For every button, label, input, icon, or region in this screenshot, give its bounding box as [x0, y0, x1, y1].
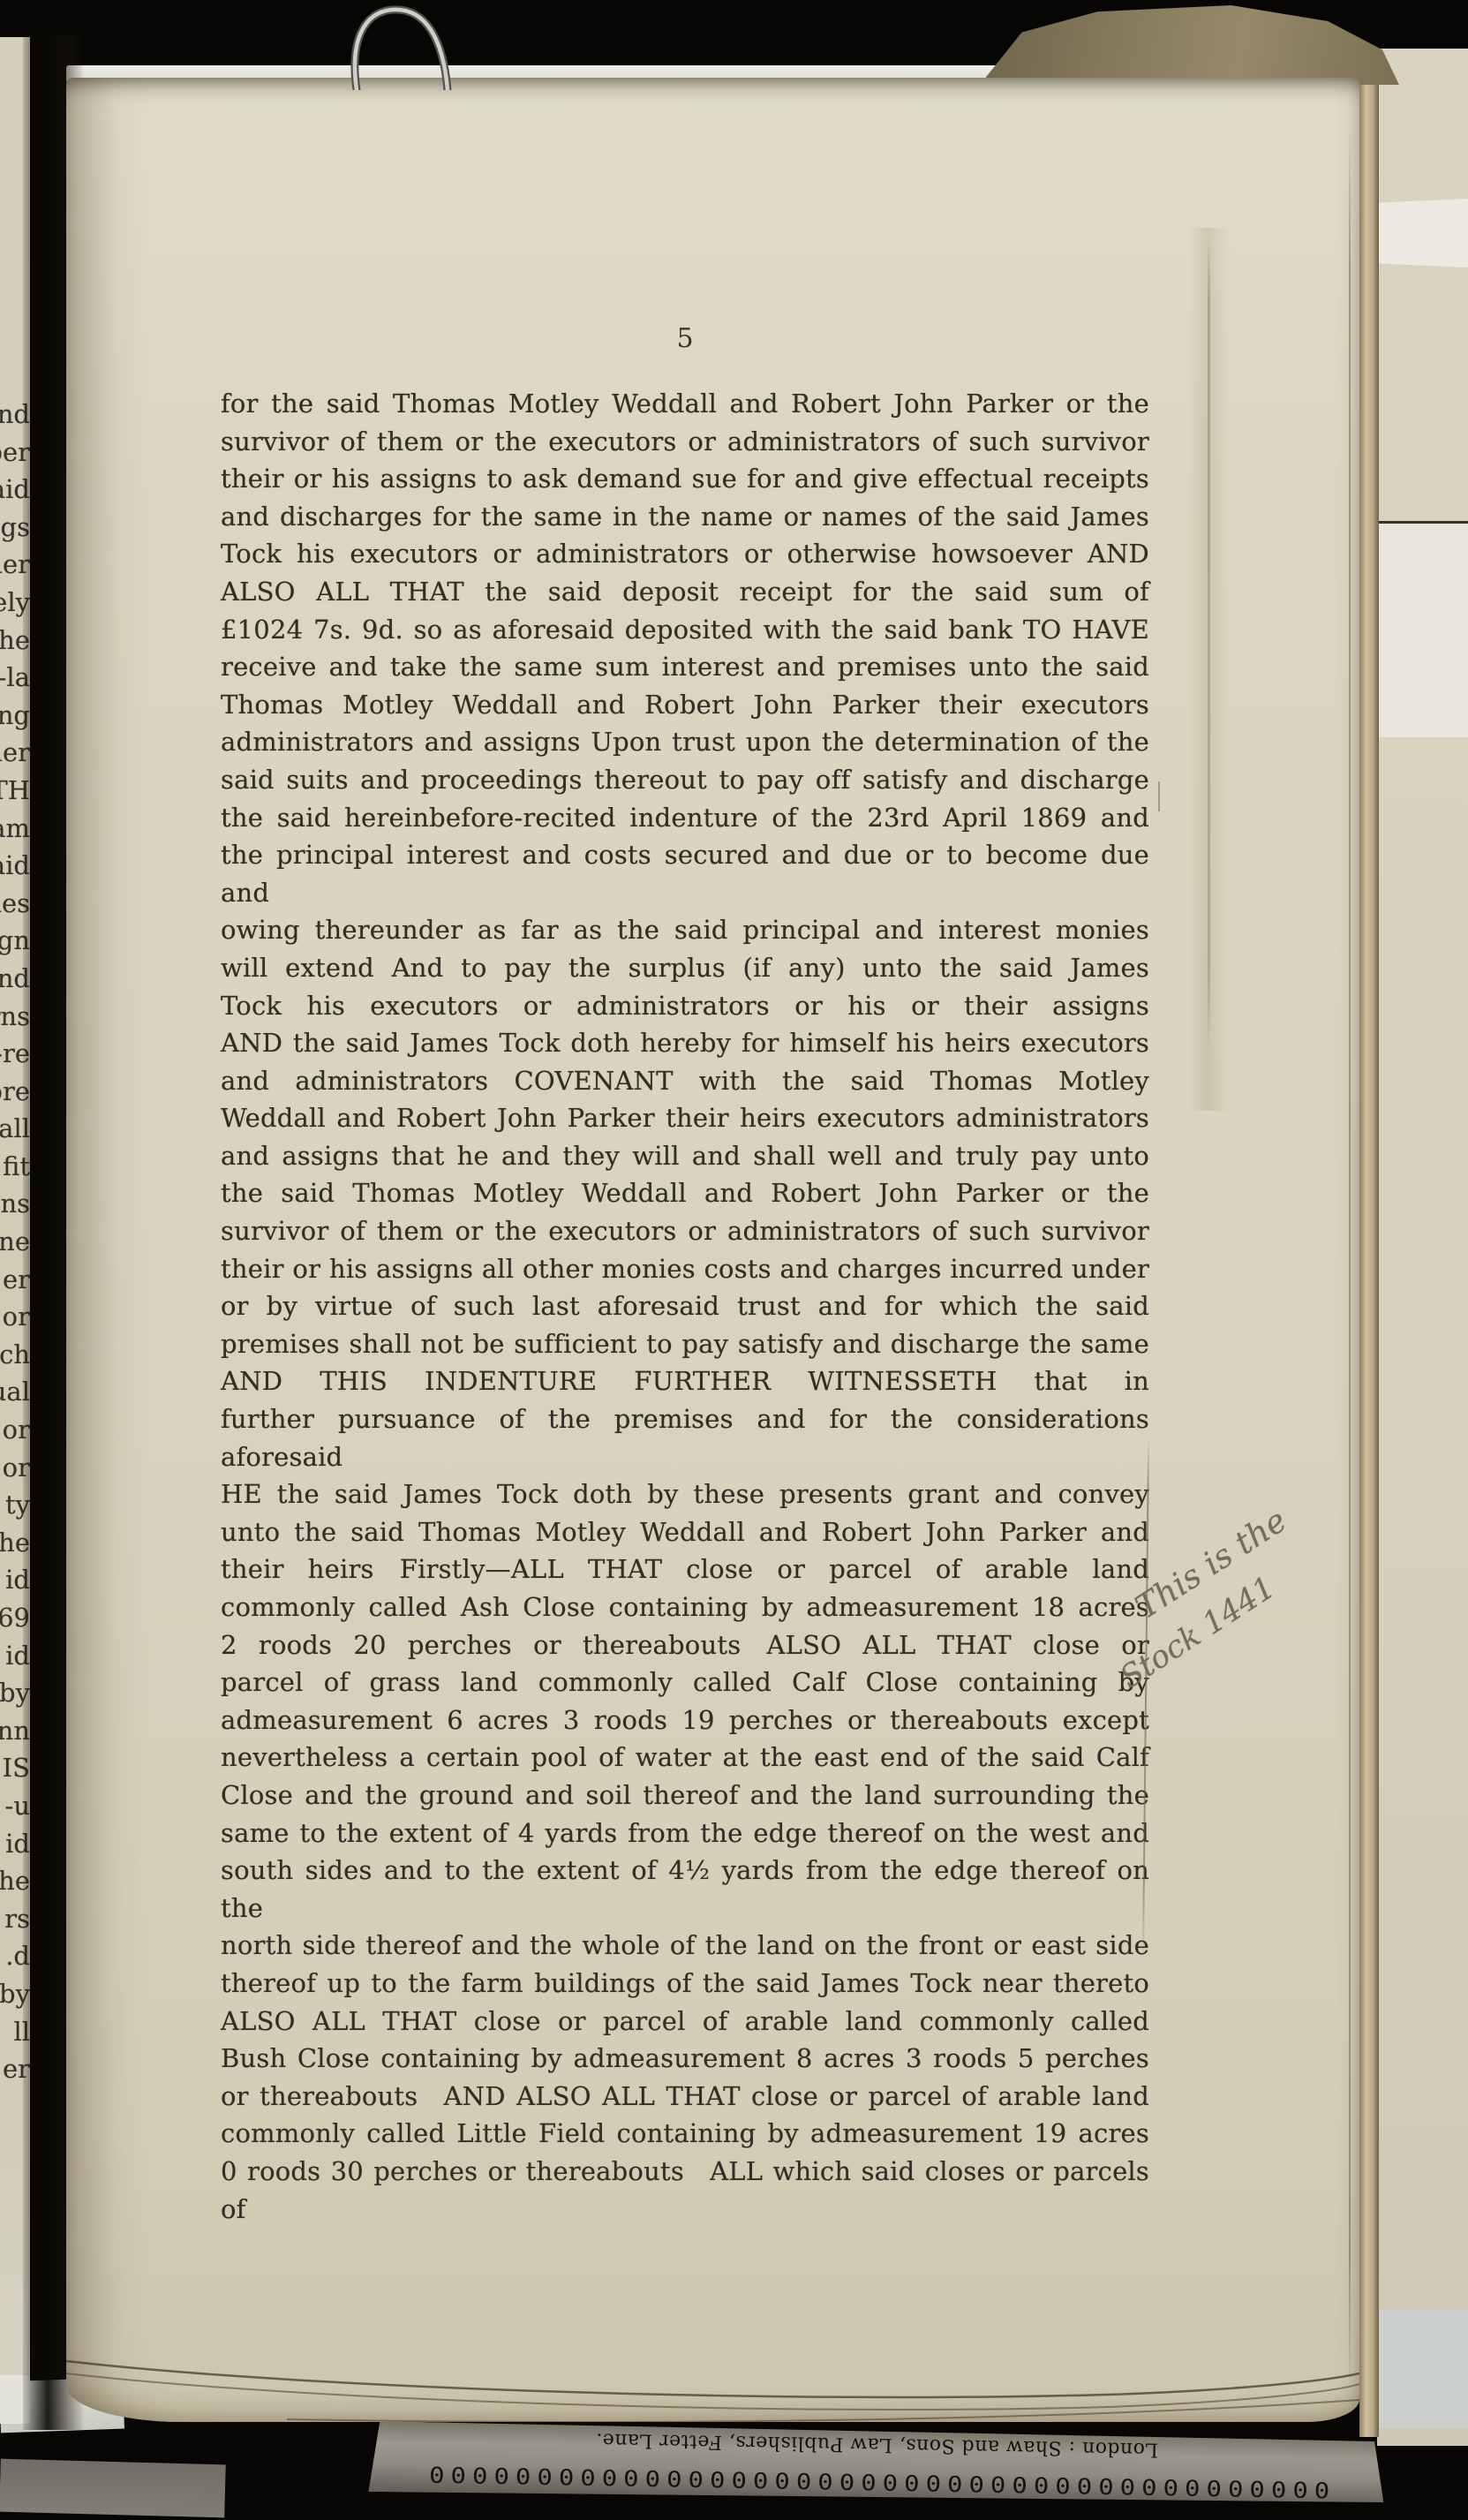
deed-text-line: AND THIS INDENTURE FURTHER WITNESSETH th… [221, 1362, 1149, 1400]
treasury-tag-wire [344, 2, 463, 90]
deed-text-line: their heirs Firstly—ALL THAT close or pa… [221, 1550, 1149, 1588]
deed-text-line: south sides and to the extent of 4½ yard… [221, 1852, 1149, 1927]
deed-text-line: said suits and proceedings thereout to p… [221, 761, 1149, 799]
deed-text-line: Tock his executors or administrators or … [221, 987, 1149, 1025]
deed-text-line: or by virtue of such last aforesaid trus… [221, 1287, 1149, 1325]
deed-text-line: and discharges for the same in the name … [221, 498, 1149, 536]
deed-text-line: their or his assigns all other monies co… [221, 1250, 1149, 1288]
deed-text-line: parcel of grass land commonly called Cal… [221, 1664, 1149, 1701]
deed-text-line: commonly called Ash Close containing by … [221, 1588, 1149, 1626]
deed-text-line: £1024 7s. 9d. so as aforesaid deposited … [221, 611, 1149, 649]
deed-text-line: the said Thomas Motley Weddall and Rober… [221, 1174, 1149, 1212]
deed-text-line: Close and the ground and soil thereof an… [221, 1777, 1149, 1815]
page-crease-line [1208, 237, 1210, 1049]
deed-text-line: same to the extent of 4 yards from the e… [221, 1815, 1149, 1852]
deed-text-line: premises shall not be sufficient to pay … [221, 1325, 1149, 1363]
under-page-edge-line [1349, 131, 1351, 2392]
deed-text-line: ALSO ALL THAT the said deposit receipt f… [221, 573, 1149, 611]
strip-fragment-left [0, 2459, 226, 2518]
deed-text-line: and administrators COVENANT with the sai… [221, 1062, 1149, 1100]
white-paper-patch [1377, 199, 1468, 268]
deed-text-line: survivor of them or the executors or adm… [221, 1212, 1149, 1250]
deed-text-line: nevertheless a certain pool of water at … [221, 1739, 1149, 1777]
publisher-imprint-strip: 0000000000000000000000000000000000000000… [368, 2421, 1384, 2509]
deed-text-line: thereof up to the farm buildings of the … [221, 1965, 1149, 2003]
deed-text-line: for the said Thomas Motley Weddall and R… [221, 385, 1149, 423]
page-stack-edge-band [1359, 53, 1379, 2437]
deed-text-line: Bush Close containing by admeasurement 8… [221, 2040, 1149, 2078]
deed-text-line: survivor of them or the executors or adm… [221, 423, 1149, 461]
deed-text-line: will extend And to pay the surplus (if a… [221, 949, 1149, 987]
deed-text-line: 2 roods 20 perches or thereabouts ALSO A… [221, 1626, 1149, 1664]
deed-text-line: Tock his executors or administrators or … [221, 535, 1149, 573]
white-paper-patch [1377, 521, 1468, 737]
page-bottom-edge-lines [66, 2338, 1359, 2422]
deed-text-line: Weddall and Robert John Parker their hei… [221, 1099, 1149, 1137]
scanned-deed-photo: { "page": { "number": "5", "body_lines":… [0, 0, 1468, 2520]
folded-sheet-behind [980, 5, 1399, 85]
deed-text-line: administrators and assigns Upon trust up… [221, 723, 1149, 761]
deed-text-line: or thereabouts AND ALSO ALL THAT close o… [221, 2078, 1149, 2116]
handwritten-margin-note: This is the Stock 1441 [1129, 1501, 1321, 1668]
deed-text-line: commonly called Little Field containing … [221, 2115, 1149, 2153]
grey-paper-patch [1377, 2309, 1468, 2428]
deed-text-line: 0 roods 30 perches or thereabouts ALL wh… [221, 2153, 1149, 2228]
deed-text-line: the principal interest and costs secured… [221, 836, 1149, 911]
deed-text-line: Thomas Motley Weddall and Robert John Pa… [221, 686, 1149, 724]
deed-text-line: HE the said James Tock doth by these pre… [221, 1475, 1149, 1513]
oval-border-row: 0000000000000000000000000000000000000000… [393, 2461, 1359, 2503]
deed-text-line: their or his assigns to ask demand sue f… [221, 460, 1149, 498]
deed-text-line: admeasurement 6 acres 3 roods 19 perches… [221, 1701, 1149, 1739]
deed-text-line: north side thereof and the whole of the … [221, 1927, 1149, 1965]
deed-text-line: receive and take the same sum interest a… [221, 648, 1149, 686]
publisher-imprint-text: London : Shaw and Sons, Law Publishers, … [596, 2428, 1159, 2460]
pencil-tick-mark [1158, 781, 1160, 811]
deed-text-line: owing thereunder as far as the said prin… [221, 911, 1149, 949]
deed-text-line: AND the said James Tock doth hereby for … [221, 1024, 1149, 1062]
deed-text-line: unto the said Thomas Motley Weddall and … [221, 1513, 1149, 1551]
deed-text-line: the said hereinbefore-recited indenture … [221, 799, 1149, 837]
deed-text: for the said Thomas Motley Weddall and R… [221, 385, 1149, 2228]
deed-text-line: further pursuance of the premises and fo… [221, 1400, 1149, 1475]
deed-text-line: ALSO ALL THAT close or parcel of arable … [221, 2003, 1149, 2041]
page-number: 5 [221, 323, 1149, 354]
deed-text-line: and assigns that he and they will and sh… [221, 1137, 1149, 1175]
document-page: 5 for the said Thomas Motley Weddall and… [66, 78, 1359, 2422]
underlying-page-edge [1377, 49, 1468, 2446]
